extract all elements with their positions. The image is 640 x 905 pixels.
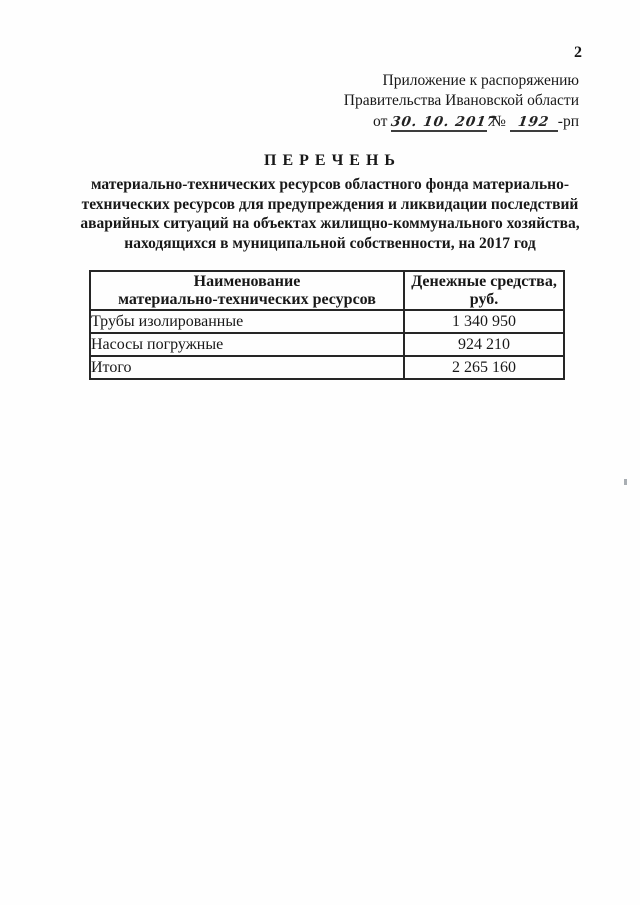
handwritten-document-number: 192 [517,114,550,130]
table-row: Итого 2 265 160 [90,356,564,379]
resources-table: Наименование материально-технических рес… [89,270,565,380]
header-money-line-2: руб. [405,291,563,309]
subtitle-line: находящихся в муниципальной собственност… [20,234,640,254]
date-prefix-label: от [373,113,387,130]
appendix-line-1: Приложение к распоряжению [344,71,579,91]
resource-name-cell: Итого [90,356,404,379]
table-row: Насосы погружные 924 210 [90,333,564,356]
header-money-line-1: Денежные средства, [405,273,563,291]
appendix-reference-block: Приложение к распоряжению Правительства … [344,71,579,132]
page-number: 2 [574,44,582,62]
document-title: П Е Р Е Ч Е Н Ь [20,152,640,170]
subtitle-line: аварийных ситуаций на объектах жилищно-к… [20,214,640,234]
appendix-line-3: от 30. 10. 2017 № 192-рп [344,112,579,132]
scan-speckle-artifact [624,479,627,485]
resource-value-cell: 924 210 [404,333,564,356]
resource-value-cell: 2 265 160 [404,356,564,379]
resource-value-cell: 1 340 950 [404,310,564,333]
resource-name-cell: Трубы изолированные [90,310,404,333]
number-blank-underline: 192 [510,114,558,132]
subtitle-line: технических ресурсов для предупреждения … [20,195,640,215]
date-blank-underline: 30. 10. 2017 [391,114,487,132]
number-suffix-label: -рп [558,113,579,130]
document-subtitle: материально-технических ресурсов областн… [20,175,640,254]
col-header-resource-name: Наименование материально-технических рес… [90,271,404,310]
table-row: Трубы изолированные 1 340 950 [90,310,564,333]
header-name-line-2: материально-технических ресурсов [91,291,403,309]
resource-name-cell: Насосы погружные [90,333,404,356]
subtitle-line: материально-технических ресурсов областн… [20,175,640,195]
scanned-document-page: 2 Приложение к распоряжению Правительств… [0,0,640,905]
table-header-row: Наименование материально-технических рес… [90,271,564,310]
handwritten-date: 30. 10. 2017 [390,114,498,130]
header-name-line-1: Наименование [91,273,403,291]
col-header-money: Денежные средства, руб. [404,271,564,310]
appendix-line-2: Правительства Ивановской области [344,91,579,111]
